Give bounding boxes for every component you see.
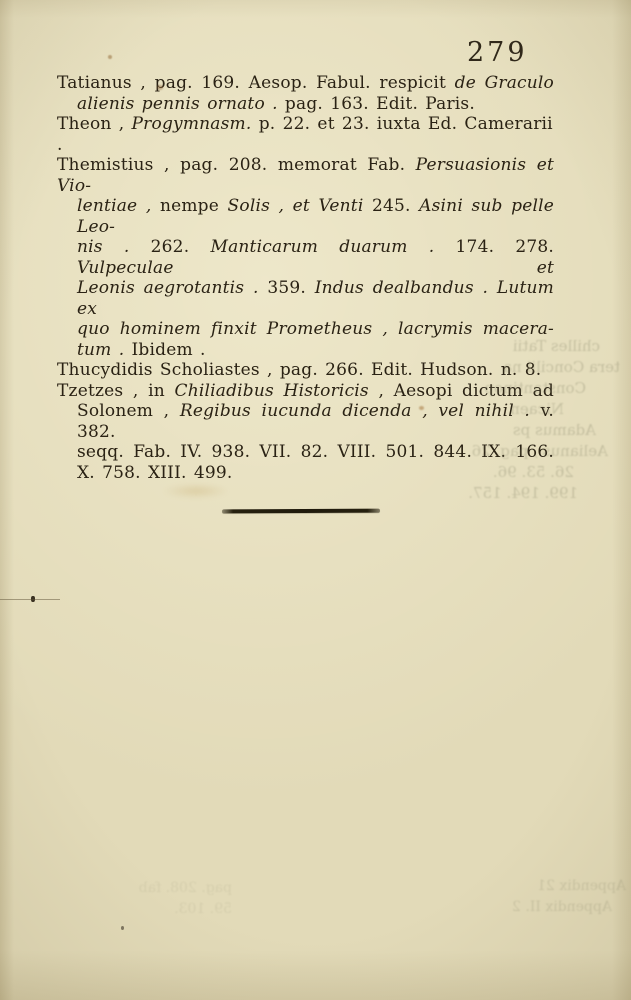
- index-entry-thucydidis: Thucydidis Scholiastes , pag. 266. Edit.…: [57, 360, 554, 381]
- show-through-line: Appendix 21: [428, 876, 626, 897]
- page-number: 279: [467, 37, 528, 68]
- text-line: alienis pennis ornato . pag. 163. Edit. …: [57, 94, 554, 115]
- text-segment: , Aesopi dictum ad: [369, 381, 554, 401]
- index-entry-tzetzes: Tzetzes , in Chiliadibus Historicis , Ae…: [57, 381, 554, 484]
- show-through-text-bottom-right: Appendix 21 Appendix II. 2: [428, 876, 626, 918]
- text-segment: Themistius , pag. 208. memorat Fab.: [57, 155, 416, 175]
- show-through-line: pag. 208. fab: [62, 878, 232, 899]
- text-segment: X. 758. XIII. 499.: [77, 463, 232, 483]
- text-segment: nis .: [77, 237, 129, 257]
- text-line: Leonis aegrotantis . 359. Indus dealband…: [57, 278, 554, 319]
- text-segment: 359.: [259, 278, 315, 298]
- text-line: Thucydidis Scholiastes , pag. 266. Edit.…: [57, 360, 554, 381]
- text-line: lentiae , nempe Solis , et Venti 245. As…: [57, 196, 554, 237]
- printer-rule-divider: [222, 509, 380, 514]
- ink-speck: [121, 926, 124, 930]
- text-line: X. 758. XIII. 499.: [57, 463, 554, 484]
- text-segment: Thucydidis Scholiastes , pag. 266. Edit.…: [57, 360, 541, 380]
- text-segment: Solonem ,: [77, 401, 180, 421]
- text-segment: 174. 278.: [434, 237, 554, 257]
- ink-speck: [31, 596, 35, 602]
- index-entry-themistius: Themistius , pag. 208. memorat Fab. Pers…: [57, 155, 554, 360]
- text-line: Tatianus , pag. 169. Aesop. Fabul. respi…: [57, 73, 554, 94]
- text-segment: Solis , et Venti: [228, 196, 364, 216]
- text-segment: lentiae ,: [77, 196, 151, 216]
- text-segment: Regibus iucunda dicenda , vel nihil .: [180, 401, 530, 421]
- text-segment: Leonis aegrotantis .: [77, 278, 259, 298]
- text-segment: nempe: [151, 196, 227, 216]
- text-segment: 262.: [129, 237, 210, 257]
- text-line: quo hominem finxit Prometheus , lacrymis…: [57, 319, 554, 340]
- text-segment: 245.: [363, 196, 419, 216]
- text-line: Theon , Progymnasm. p. 22. et 23. iuxta …: [57, 114, 554, 155]
- index-entry-tatianus: Tatianus , pag. 169. Aesop. Fabul. respi…: [57, 73, 554, 114]
- text-segment: pag. 163. Edit. Paris.: [278, 94, 475, 114]
- show-through-text-bottom-left: pag. 208. fab 59. 103.: [62, 878, 232, 920]
- text-segment: seqq. Fab. IV. 938. VII. 82. VIII. 501. …: [77, 442, 554, 462]
- text-segment: Chiliadibus Historicis: [174, 381, 368, 401]
- text-segment: Progymnasm.: [132, 114, 252, 134]
- text-segment: Manticarum duarum .: [210, 237, 434, 257]
- show-through-line: Appendix II. 2: [428, 897, 612, 918]
- text-line: tum . Ibidem .: [57, 340, 554, 361]
- text-segment: alienis pennis ornato .: [77, 94, 278, 114]
- text-line: Themistius , pag. 208. memorat Fab. Pers…: [57, 155, 554, 196]
- text-segment: Theon ,: [57, 114, 132, 134]
- text-segment: de Graculo: [455, 73, 554, 93]
- text-segment: tum .: [77, 340, 124, 360]
- text-line: seqq. Fab. IV. 938. VII. 82. VIII. 501. …: [57, 442, 554, 463]
- text-line: nis . 262. Manticarum duarum . 174. 278.…: [57, 237, 554, 278]
- show-through-line: 59. 103.: [62, 899, 232, 920]
- index-entry-theon: Theon , Progymnasm. p. 22. et 23. iuxta …: [57, 114, 554, 155]
- text-segment: Tzetzes , in: [57, 381, 174, 401]
- text-line: Solonem , Regibus iucunda dicenda , vel …: [57, 401, 554, 442]
- text-segment: Ibidem .: [124, 340, 205, 360]
- text-line: Tzetzes , in Chiliadibus Historicis , Ae…: [57, 381, 554, 402]
- text-segment: Tatianus , pag. 169. Aesop. Fabul. respi…: [57, 73, 455, 93]
- foxing-spot: [108, 55, 112, 59]
- index-entries: Tatianus , pag. 169. Aesop. Fabul. respi…: [57, 73, 554, 483]
- text-segment: quo hominem finxit Prometheus , lacrymis…: [77, 319, 554, 339]
- paper-scratch: [0, 599, 60, 600]
- show-through-line: 199. 194. 157.: [388, 483, 578, 504]
- text-segment: Vulpeculae et: [77, 258, 554, 278]
- paper-stain: [163, 483, 229, 499]
